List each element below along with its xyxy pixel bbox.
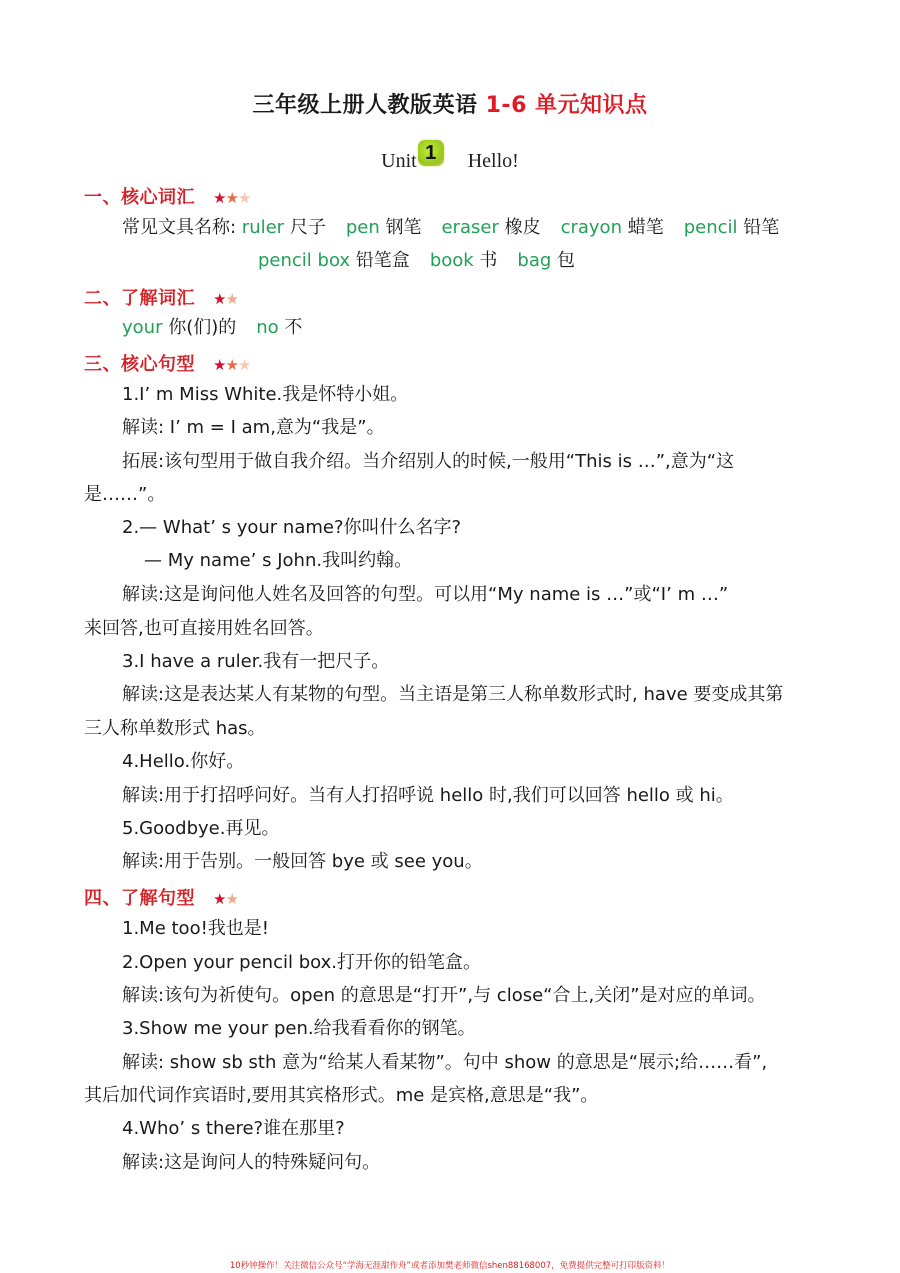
vocab-en: crayon (561, 217, 622, 238)
section-heading-known-sentences: 四、了解句型★★ (84, 884, 238, 910)
vocab-en: pencil box (258, 250, 350, 271)
vocab-zh: 钢笔 (380, 217, 422, 238)
explanation-line: 解读:这是表达某人有某物的句型。当主语是第三人称单数形式时, have 要变成其… (122, 683, 783, 707)
explanation-line-cont: 其后加代词作宾语时,要用其宾格形式。me 是宾格,意思是“我”。 (84, 1084, 598, 1108)
sentence-line: 5.Goodbye.再见。 (122, 817, 279, 841)
explanation-line: 解读:该句为祈使句。open 的意思是“打开”,与 close“合上,关闭”是对… (122, 984, 766, 1008)
vocab-en: eraser (441, 217, 498, 238)
vocab-zh: 不 (279, 317, 303, 338)
sentence-line: 1.I’ m Miss White.我是怀特小姐。 (122, 383, 408, 407)
vocab-zh: 书 (474, 250, 498, 271)
heading-text: 四、了解句型 (84, 888, 195, 909)
three-star-rating-icon: ★★★ (213, 356, 250, 374)
extension-line-cont: 是……”。 (84, 483, 165, 507)
title-main: 三年级上册人教版英语 (252, 93, 485, 118)
vocab-zh: 尺子 (284, 217, 326, 238)
vocab-en: bag (517, 250, 551, 271)
sentence-line: 2.Open your pencil box.打开你的铅笔盒。 (122, 951, 481, 975)
section-heading-known-vocab: 二、了解词汇★★ (84, 284, 238, 310)
vocab-zh: 铅笔 (738, 217, 780, 238)
extension-line: 拓展:该句型用于做自我介绍。当介绍别人的时候,一般用“This is …”,意为… (122, 450, 734, 474)
vocab-en: book (430, 250, 474, 271)
vocab-zh: 橡皮 (499, 217, 541, 238)
sentence-line: — My name’ s John.我叫约翰。 (144, 549, 412, 573)
explanation-line-cont: 来回答,也可直接用姓名回答。 (84, 617, 324, 641)
vocab-zh: 蜡笔 (622, 217, 664, 238)
vocab-en: ruler (242, 217, 284, 238)
vocab-en: pen (346, 217, 380, 238)
sentence-line: 3.Show me your pen.给我看看你的钢笔。 (122, 1017, 476, 1041)
unit-number-badge-icon: 1 (418, 140, 444, 166)
page-title: 三年级上册人教版英语 1-6 单元知识点 (0, 88, 900, 119)
footer-promo-text: 10秒钟操作！关注微信公众号“学海无涯甜作舟”或者添加樊老师微信shen8816… (0, 1259, 900, 1271)
two-star-rating-icon: ★★ (213, 290, 238, 308)
unit-name: Hello! (468, 150, 519, 172)
vocab-zh: 包 (551, 250, 575, 271)
explanation-line: 解读: show sb sth 意为“给某人看某物”。句中 show 的意思是“… (122, 1051, 767, 1075)
vocab-zh: 铅笔盒 (350, 250, 410, 271)
explanation-line: 解读:用于打招呼问好。当有人打招呼说 hello 时,我们可以回答 hello … (122, 784, 734, 808)
sentence-line: 1.Me too!我也是! (122, 917, 269, 941)
core-vocab-row-2: pencil box 铅笔盒book 书bag 包 (258, 249, 575, 273)
vocab-zh: 你(们)的 (162, 317, 236, 338)
document-page: 三年级上册人教版英语 1-6 单元知识点 Unit1Hello! 一、核心词汇★… (0, 0, 900, 1273)
sentence-line: 4.Who’ s there?谁在那里? (122, 1117, 345, 1141)
explanation-line-cont: 三人称单数形式 has。 (84, 717, 266, 741)
sentence-line: 2.— What’ s your name?你叫什么名字? (122, 516, 461, 540)
vocab-label: 常见文具名称: (122, 217, 242, 238)
vocab-en: no (256, 317, 278, 338)
sentence-line: 4.Hello.你好。 (122, 750, 244, 774)
explanation-line: 解读:这是询问他人姓名及回答的句型。可以用“My name is …”或“I’ … (122, 583, 728, 607)
three-star-rating-icon: ★★★ (213, 189, 250, 207)
unit-prefix: Unit (381, 150, 417, 172)
title-highlight: 1-6 单元知识点 (486, 93, 648, 118)
heading-text: 三、核心句型 (84, 354, 195, 375)
explanation-line: 解读: I’ m = I am,意为“我是”。 (122, 416, 385, 440)
section-heading-core-sentences: 三、核心句型★★★ (84, 350, 250, 376)
heading-text: 二、了解词汇 (84, 288, 195, 309)
section-heading-core-vocab: 一、核心词汇★★★ (84, 183, 250, 209)
core-vocab-row-1: 常见文具名称: ruler 尺子pen 钢笔eraser 橡皮crayon 蜡笔… (122, 216, 779, 240)
known-vocab-row: your 你(们)的no 不 (122, 316, 302, 340)
sentence-line: 3.I have a ruler.我有一把尺子。 (122, 650, 389, 674)
two-star-rating-icon: ★★ (213, 890, 238, 908)
explanation-line: 解读:用于告别。一般回答 bye 或 see you。 (122, 850, 483, 874)
explanation-line: 解读:这是询问人的特殊疑问句。 (122, 1151, 380, 1175)
heading-text: 一、核心词汇 (84, 187, 195, 208)
unit-header: Unit1Hello! (0, 140, 900, 173)
vocab-en: your (122, 317, 162, 338)
vocab-en: pencil (684, 217, 738, 238)
